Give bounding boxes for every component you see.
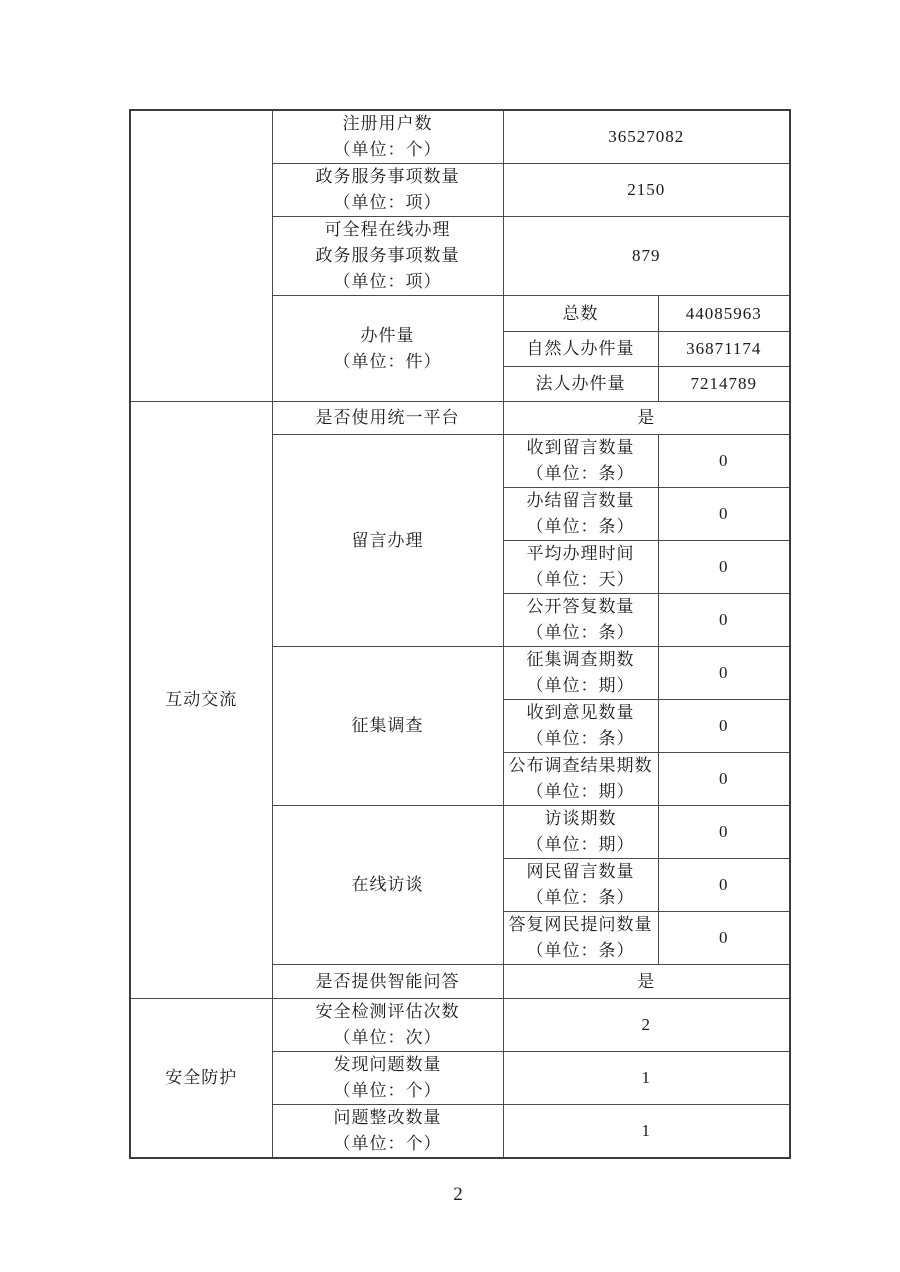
value-netizen-questions-answered: 0 <box>658 912 790 965</box>
value-case-natural-person: 36871174 <box>658 332 790 367</box>
label-survey-results-published: 公布调查结果期数 （单位：期） <box>503 753 658 806</box>
group-label-interaction: 互动交流 <box>130 402 272 999</box>
label-netizen-questions-answered: 答复网民提问数量 （单位：条） <box>503 912 658 965</box>
label-registered-users: 注册用户数 （单位：个） <box>272 110 503 164</box>
label-security-checks: 安全检测评估次数 （单位：次） <box>272 999 503 1052</box>
value-service-items: 2150 <box>503 164 790 217</box>
label-netizen-messages: 网民留言数量 （单位：条） <box>503 859 658 912</box>
label-public-replies: 公开答复数量 （单位：条） <box>503 594 658 647</box>
value-opinions-received: 0 <box>658 700 790 753</box>
value-case-legal-person: 7214789 <box>658 367 790 402</box>
value-netizen-messages: 0 <box>658 859 790 912</box>
label-messages-received: 收到留言数量 （单位：条） <box>503 435 658 488</box>
value-survey-periods: 0 <box>658 647 790 700</box>
label-smart-qa: 是否提供智能问答 <box>272 965 503 999</box>
value-unified-platform: 是 <box>503 402 790 435</box>
label-survey-periods: 征集调查期数 （单位：期） <box>503 647 658 700</box>
value-interview-periods: 0 <box>658 806 790 859</box>
label-issues-found: 发现问题数量 （单位：个） <box>272 1052 503 1105</box>
group-label-blank <box>130 110 272 402</box>
label-interview-periods: 访谈期数 （单位：期） <box>503 806 658 859</box>
label-unified-platform: 是否使用统一平台 <box>272 402 503 435</box>
label-messages-completed: 办结留言数量 （单位：条） <box>503 488 658 541</box>
label-interviews: 在线访谈 <box>272 806 503 965</box>
value-online-items: 879 <box>503 217 790 296</box>
value-case-total: 44085963 <box>658 296 790 332</box>
label-issues-rectified: 问题整改数量 （单位：个） <box>272 1105 503 1159</box>
annual-report-table: 注册用户数 （单位：个） 36527082 政务服务事项数量 （单位：项） 21… <box>129 109 791 1159</box>
label-service-items: 政务服务事项数量 （单位：项） <box>272 164 503 217</box>
label-case-total: 总数 <box>503 296 658 332</box>
value-issues-found: 1 <box>503 1052 790 1105</box>
label-online-items: 可全程在线办理 政务服务事项数量 （单位：项） <box>272 217 503 296</box>
value-survey-results-published: 0 <box>658 753 790 806</box>
value-issues-rectified: 1 <box>503 1105 790 1159</box>
page-number: 2 <box>446 1184 470 1206</box>
group-label-security: 安全防护 <box>130 999 272 1159</box>
value-smart-qa: 是 <box>503 965 790 999</box>
label-case-volume: 办件量 （单位：件） <box>272 296 503 402</box>
label-message-handling: 留言办理 <box>272 435 503 647</box>
value-average-handling-time: 0 <box>658 541 790 594</box>
label-average-handling-time: 平均办理时间 （单位：天） <box>503 541 658 594</box>
value-messages-received: 0 <box>658 435 790 488</box>
value-messages-completed: 0 <box>658 488 790 541</box>
document-page: 注册用户数 （单位：个） 36527082 政务服务事项数量 （单位：项） 21… <box>0 0 900 1272</box>
value-public-replies: 0 <box>658 594 790 647</box>
label-case-natural-person: 自然人办件量 <box>503 332 658 367</box>
label-opinions-received: 收到意见数量 （单位：条） <box>503 700 658 753</box>
value-registered-users: 36527082 <box>503 110 790 164</box>
value-security-checks: 2 <box>503 999 790 1052</box>
label-surveys: 征集调查 <box>272 647 503 806</box>
label-case-legal-person: 法人办件量 <box>503 367 658 402</box>
